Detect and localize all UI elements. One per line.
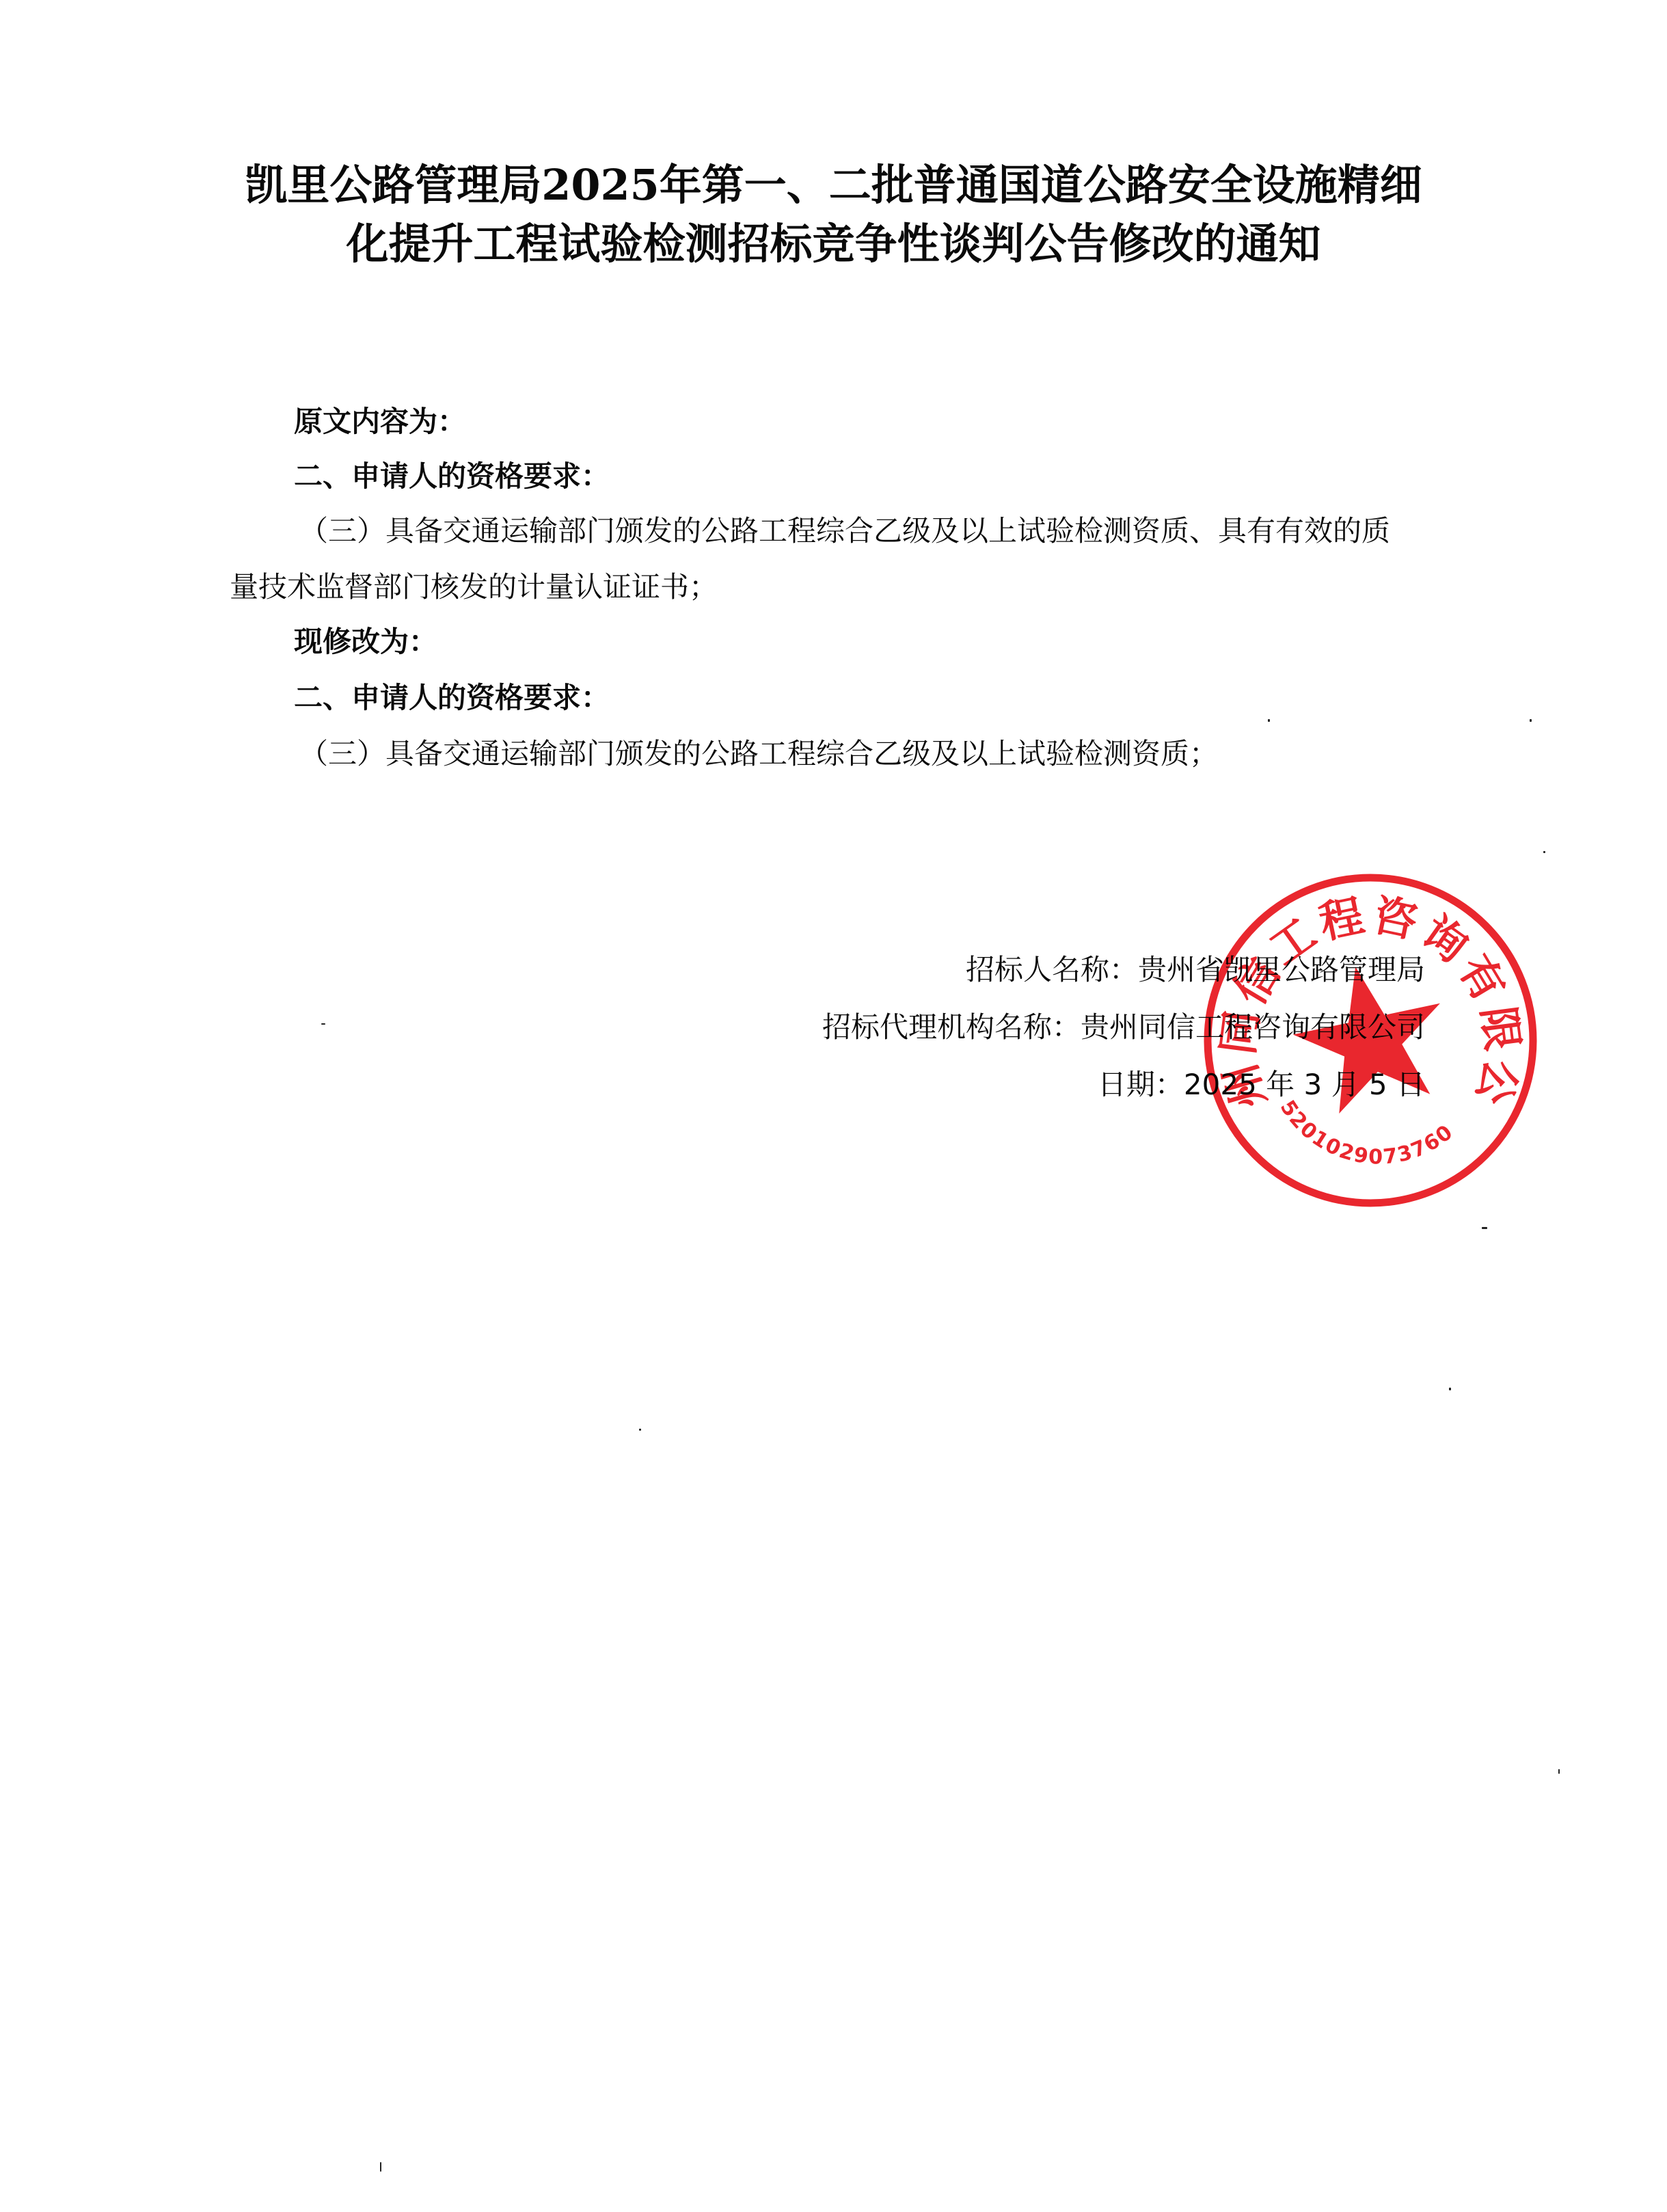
signature-date: 日期：2025 年 3 月 5 日 <box>1098 1068 1425 1102</box>
tenderer-name: 招标人名称：贵州省凯里公路管理局 <box>966 953 1425 987</box>
svg-text:5201029073760: 5201029073760 <box>1275 1096 1459 1169</box>
original-section-heading: 二、申请人的资格要求： <box>294 459 610 494</box>
original-item-line-1: （三）具备交通运输部门颁发的公路工程综合乙级及以上试验检测资质、具有有效的质 <box>299 514 1390 548</box>
revised-section-heading: 二、申请人的资格要求： <box>294 681 610 715</box>
scan-speck <box>380 2162 381 2172</box>
original-label: 原文内容为： <box>294 405 466 439</box>
title-line-2: 化提升工程试验检测招标竞争性谈判公告修改的通知 <box>0 215 1667 273</box>
original-item-line-2: 量技术监督部门核发的计量认证证书； <box>230 570 718 604</box>
scan-speck <box>1449 1388 1451 1390</box>
scan-speck <box>1543 851 1545 853</box>
agency-name: 招标代理机构名称：贵州同信工程咨询有限公司 <box>822 1010 1425 1044</box>
scan-speck <box>1558 1769 1560 1774</box>
scan-speck <box>1530 719 1532 722</box>
seal-code: 5201029073760 <box>1275 1096 1459 1169</box>
revised-item-line-1: （三）具备交通运输部门颁发的公路工程综合乙级及以上试验检测资质； <box>299 737 1218 771</box>
title-line-1: 凯里公路管理局2025年第一、二批普通国道公路安全设施精细 <box>0 156 1667 215</box>
scan-speck <box>1268 719 1270 722</box>
scan-speck <box>1482 1227 1487 1229</box>
scan-speck <box>321 1023 325 1025</box>
revised-label: 现修改为： <box>294 625 437 659</box>
scan-speck <box>639 1429 641 1431</box>
document-title: 凯里公路管理局2025年第一、二批普通国道公路安全设施精细 化提升工程试验检测招… <box>0 156 1667 273</box>
